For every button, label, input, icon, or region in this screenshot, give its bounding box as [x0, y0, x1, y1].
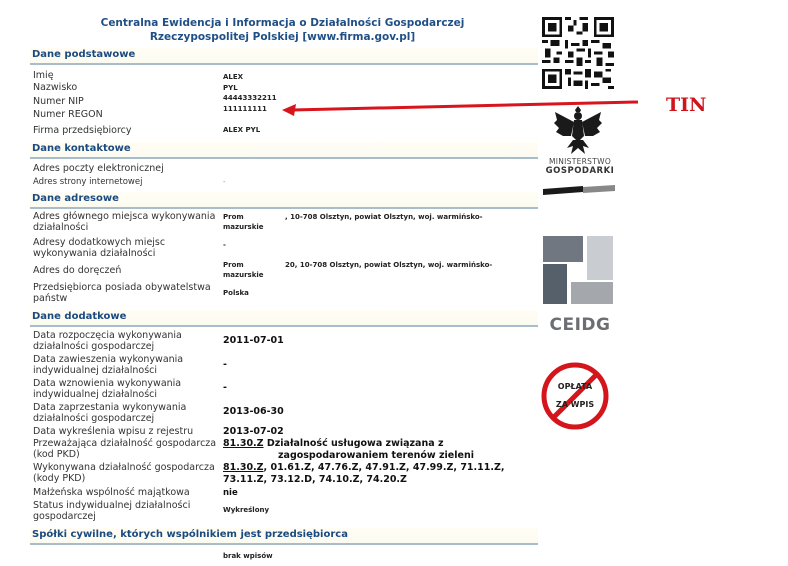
- registry-title-line1: Centralna Ewidencja i Informacja o Dział…: [30, 16, 535, 30]
- annotation-arrow-icon: [280, 96, 640, 116]
- value-main-address-city: , 10-708 Olsztyn, powiat Olsztyn, woj. w…: [285, 212, 483, 222]
- label-additional-addresses: Adresy dodatkowych miejsc wykonywania dz…: [33, 237, 223, 259]
- no-fee-line2: ZA WPIS: [540, 396, 610, 414]
- tin-annotation-label: TIN: [666, 94, 706, 116]
- pkd-codes-list-cont: 73.11.Z, 73.12.D, 74.10.Z, 74.20.Z: [223, 474, 533, 486]
- pkd-codes-list: , 01.61.Z, 47.76.Z, 47.91.Z, 47.99.Z, 71…: [264, 462, 505, 473]
- label-last-name: Nazwisko: [33, 82, 223, 93]
- label-main-address: Adres głównego miejsca wykonywania dział…: [33, 211, 223, 233]
- ministry-line2: GOSPODARKI: [542, 166, 618, 176]
- value-first-name: ALEX: [223, 72, 243, 82]
- section-address-header: Dane adresowe: [30, 192, 538, 209]
- label-marital-property: Małżeńska wspólność majątkowa: [33, 487, 223, 498]
- ceidg-logo-text: CEIDG: [541, 315, 619, 335]
- section-partnerships-title: Spółki cywilne, których wspólnikiem jest…: [32, 529, 348, 540]
- section-address-title: Dane adresowe: [32, 193, 119, 204]
- value-additional-addresses: -: [223, 240, 226, 250]
- value-removal-date: 2013-07-02: [223, 426, 284, 438]
- label-removal-date: Data wykreślenia wpisu z rejestru: [33, 426, 223, 437]
- qr-code-icon: [542, 16, 614, 90]
- section-partnerships-header: Spółki cywilne, których wspólnikiem jest…: [30, 528, 538, 545]
- label-pkd-codes: Wykonywana działalność gospodarcza (kody…: [33, 462, 223, 484]
- value-citizenship: Polska: [223, 288, 249, 298]
- section-additional-title: Dane dodatkowe: [32, 311, 126, 322]
- no-fee-line1: OPŁATA: [540, 378, 610, 396]
- label-status: Status indywidualnej działalności gospod…: [33, 500, 223, 522]
- registry-title: Centralna Ewidencja i Informacja o Dział…: [30, 16, 535, 44]
- label-start-date: Data rozpoczęcia wykonywania działalnośc…: [33, 330, 223, 352]
- value-cessation-date: 2013-06-30: [223, 406, 284, 418]
- label-nip: Numer NIP: [33, 96, 223, 107]
- section-basic-header: Dane podstawowe: [30, 48, 538, 65]
- registry-title-line2: Rzeczypospolitej Polskiej [www.firma.gov…: [30, 30, 535, 44]
- label-delivery-address: Adres do doręczeń: [33, 265, 223, 276]
- label-website: Adres strony internetowej: [33, 177, 223, 188]
- value-delivery-address-city: 20, 10-708 Olsztyn, powiat Olsztyn, woj.…: [285, 260, 492, 270]
- main-pkd-description-cont: zagospodarowaniem terenów zieleni: [223, 450, 523, 462]
- section-contact-title: Dane kontaktowe: [32, 143, 131, 154]
- label-main-pkd: Przeważająca działalność gospodarcza (ko…: [33, 438, 223, 460]
- main-pkd-code-link[interactable]: 81.30.Z: [223, 438, 264, 449]
- value-pkd-codes: 81.30.Z, 01.61.Z, 47.76.Z, 47.91.Z, 47.9…: [223, 462, 533, 486]
- value-delivery-address: Prom 20, 10-708 Olsztyn, powiat Olsztyn,…: [223, 260, 513, 280]
- value-delivery-address-street: Prom: [223, 261, 244, 269]
- value-main-address-region: mazurskie: [223, 222, 513, 232]
- label-first-name: Imię: [33, 70, 223, 81]
- no-fee-sign-text: OPŁATA ZA WPIS: [540, 378, 610, 414]
- value-resumption-date: -: [223, 382, 227, 394]
- value-nip: 44443332211: [223, 93, 277, 103]
- label-cessation-date: Data zaprzestania wykonywania działalnoś…: [33, 402, 223, 424]
- value-delivery-address-region: mazurskie: [223, 270, 513, 280]
- ceidg-logo-icon: [543, 234, 613, 306]
- value-last-name: PYL: [223, 83, 238, 93]
- label-citizenship: Przedsiębiorca posiada obywatelstwa pańs…: [33, 282, 223, 304]
- section-basic-title: Dane podstawowe: [32, 49, 135, 60]
- ministry-logo: MINISTERSTWO GOSPODARKI: [542, 157, 618, 176]
- value-partnerships: brak wpisów: [223, 551, 273, 561]
- main-pkd-description: Działalność usługowa związana z: [267, 438, 444, 449]
- value-website: -: [223, 177, 226, 187]
- value-suspension-date: -: [223, 359, 227, 371]
- ministry-line1: MINISTERSTWO: [542, 157, 618, 166]
- ministry-stripe-icon: [543, 185, 615, 195]
- section-contact-header: Dane kontaktowe: [30, 142, 538, 159]
- value-main-pkd: 81.30.Z Działalność usługowa związana z …: [223, 438, 523, 462]
- label-resumption-date: Data wznowienia wykonywania indywidualne…: [33, 378, 223, 400]
- label-company-name: Firma przedsiębiorcy: [33, 125, 223, 136]
- value-regon: 111111111: [223, 104, 267, 114]
- pkd-code-link[interactable]: 81.30.Z: [223, 462, 264, 473]
- value-main-address: Prom , 10-708 Olsztyn, powiat Olsztyn, w…: [223, 212, 513, 232]
- value-start-date: 2011-07-01: [223, 335, 284, 347]
- value-status: Wykreślony: [223, 505, 269, 515]
- label-regon: Numer REGON: [33, 109, 223, 120]
- label-email: Adres poczty elektronicznej: [33, 163, 223, 174]
- section-additional-header: Dane dodatkowe: [30, 310, 538, 327]
- value-company-name: ALEX PYL: [223, 125, 260, 135]
- value-marital-property: nie: [223, 487, 238, 499]
- label-suspension-date: Data zawieszenia wykonywania indywidualn…: [33, 354, 223, 376]
- value-main-address-street: Prom: [223, 213, 244, 221]
